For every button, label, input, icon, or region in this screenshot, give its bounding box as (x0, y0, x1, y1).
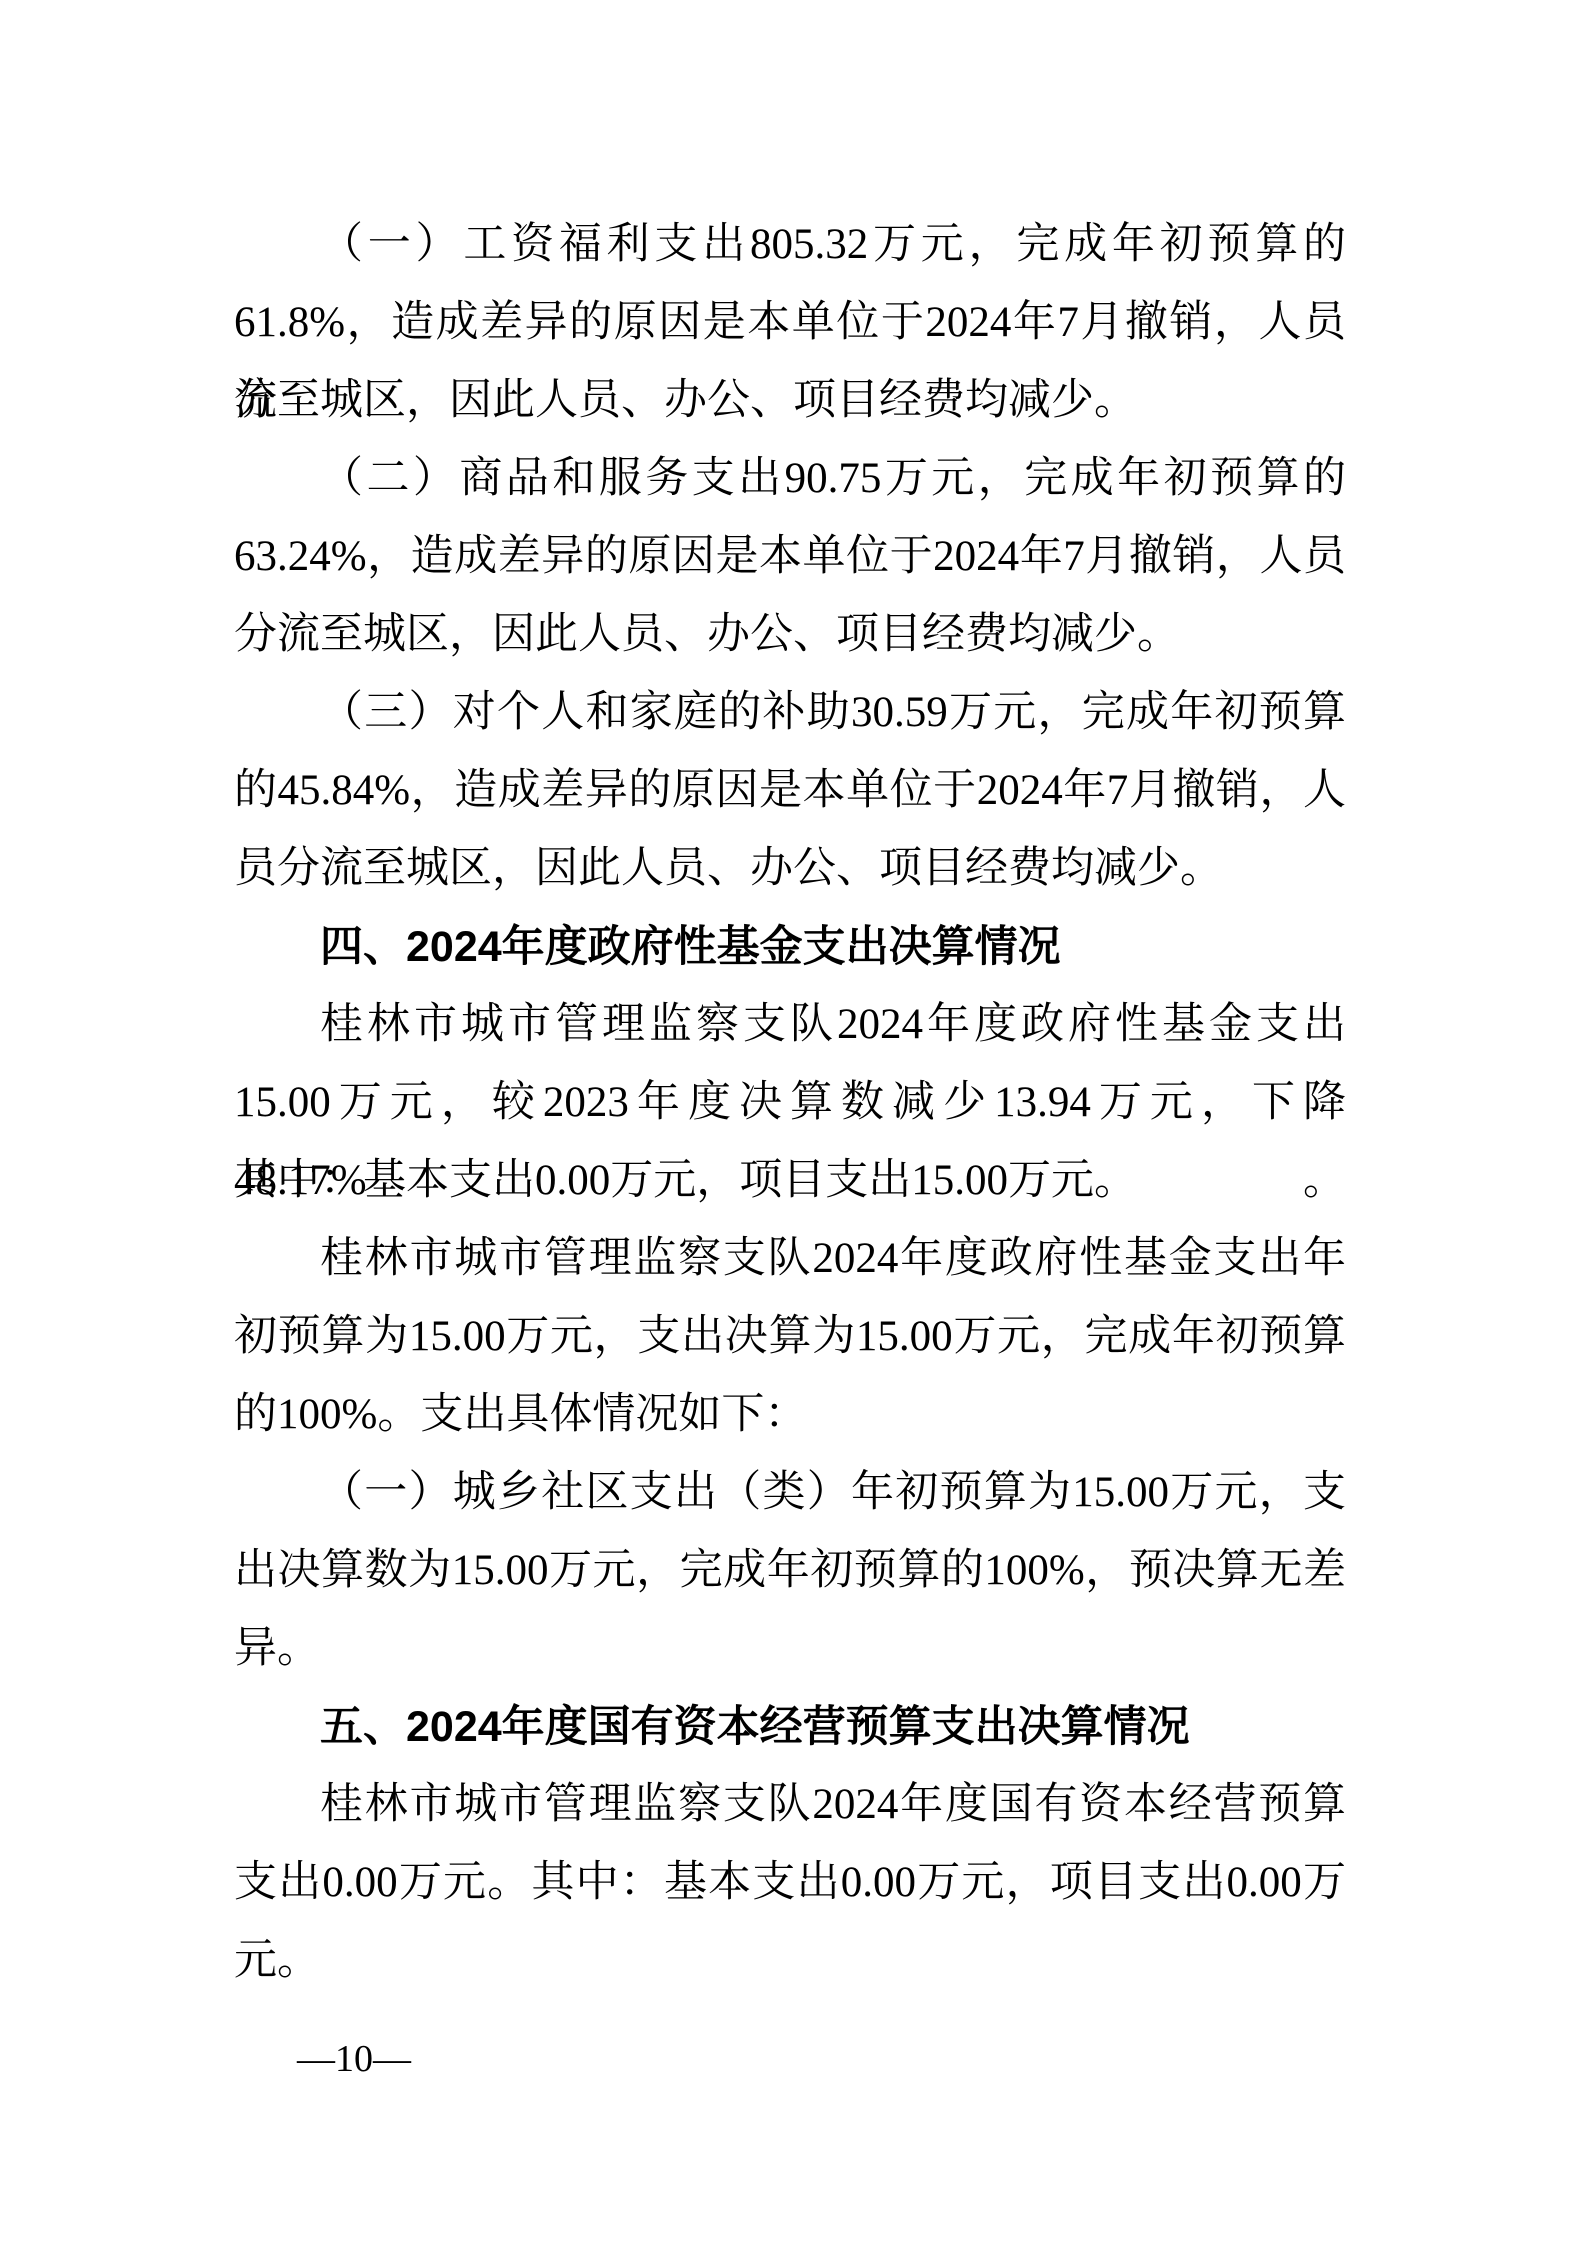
page-number: —10— (297, 2036, 411, 2082)
document-line: （三）对个人和家庭的补助30.59万元，完成年初预算 (234, 674, 1346, 752)
document-line: 桂林市城市管理监察支队2024年度政府性基金支出 (234, 986, 1346, 1064)
document-line: 分流至城区，因此人员、办公、项目经费均减少。 (234, 596, 1346, 674)
document-line: 桂林市城市管理监察支队2024年度政府性基金支出年 (234, 1220, 1346, 1298)
document-line: 员分流至城区，因此人员、办公、项目经费均减少。 (234, 830, 1346, 908)
document-line: 桂林市城市管理监察支队2024年度国有资本经营预算 (234, 1766, 1346, 1844)
document-line: （一）工资福利支出805.32万元，完成年初预算的 (234, 206, 1346, 284)
document-line: 的100%。支出具体情况如下： (234, 1376, 1346, 1454)
document-line: 出决算数为15.00万元，完成年初预算的100%，预决算无差 (234, 1532, 1346, 1610)
document-line: 63.24%，造成差异的原因是本单位于2024年7月撤销，人员 (234, 518, 1346, 596)
document-line: （一）城乡社区支出（类）年初预算为15.00万元，支 (234, 1454, 1346, 1532)
section-heading-state-capital: 五、2024年度国有资本经营预算支出决算情况 (234, 1688, 1346, 1766)
document-line: （二）商品和服务支出90.75万元，完成年初预算的 (234, 440, 1346, 518)
document-line: 流至城区，因此人员、办公、项目经费均减少。 (234, 362, 1346, 440)
document-line: 异。 (234, 1610, 1346, 1688)
document-line: 元。 (234, 1922, 1346, 2000)
document-line: 的45.84%，造成差异的原因是本单位于2024年7月撤销，人 (234, 752, 1346, 830)
document-page: （一）工资福利支出805.32万元，完成年初预算的 61.8%，造成差异的原因是… (0, 0, 1587, 2245)
document-line: 61.8%，造成差异的原因是本单位于2024年7月撤销，人员分 (234, 284, 1346, 362)
document-line: 15.00万元，较2023年度决算数减少13.94万元，下降48.17%。 (234, 1064, 1346, 1142)
section-heading-gov-fund: 四、2024年度政府性基金支出决算情况 (234, 908, 1346, 986)
document-line: 支出0.00万元。其中：基本支出0.00万元，项目支出0.00万 (234, 1844, 1346, 1922)
document-line: 初预算为15.00万元，支出决算为15.00万元，完成年初预算 (234, 1298, 1346, 1376)
document-body: （一）工资福利支出805.32万元，完成年初预算的 61.8%，造成差异的原因是… (234, 206, 1346, 2000)
